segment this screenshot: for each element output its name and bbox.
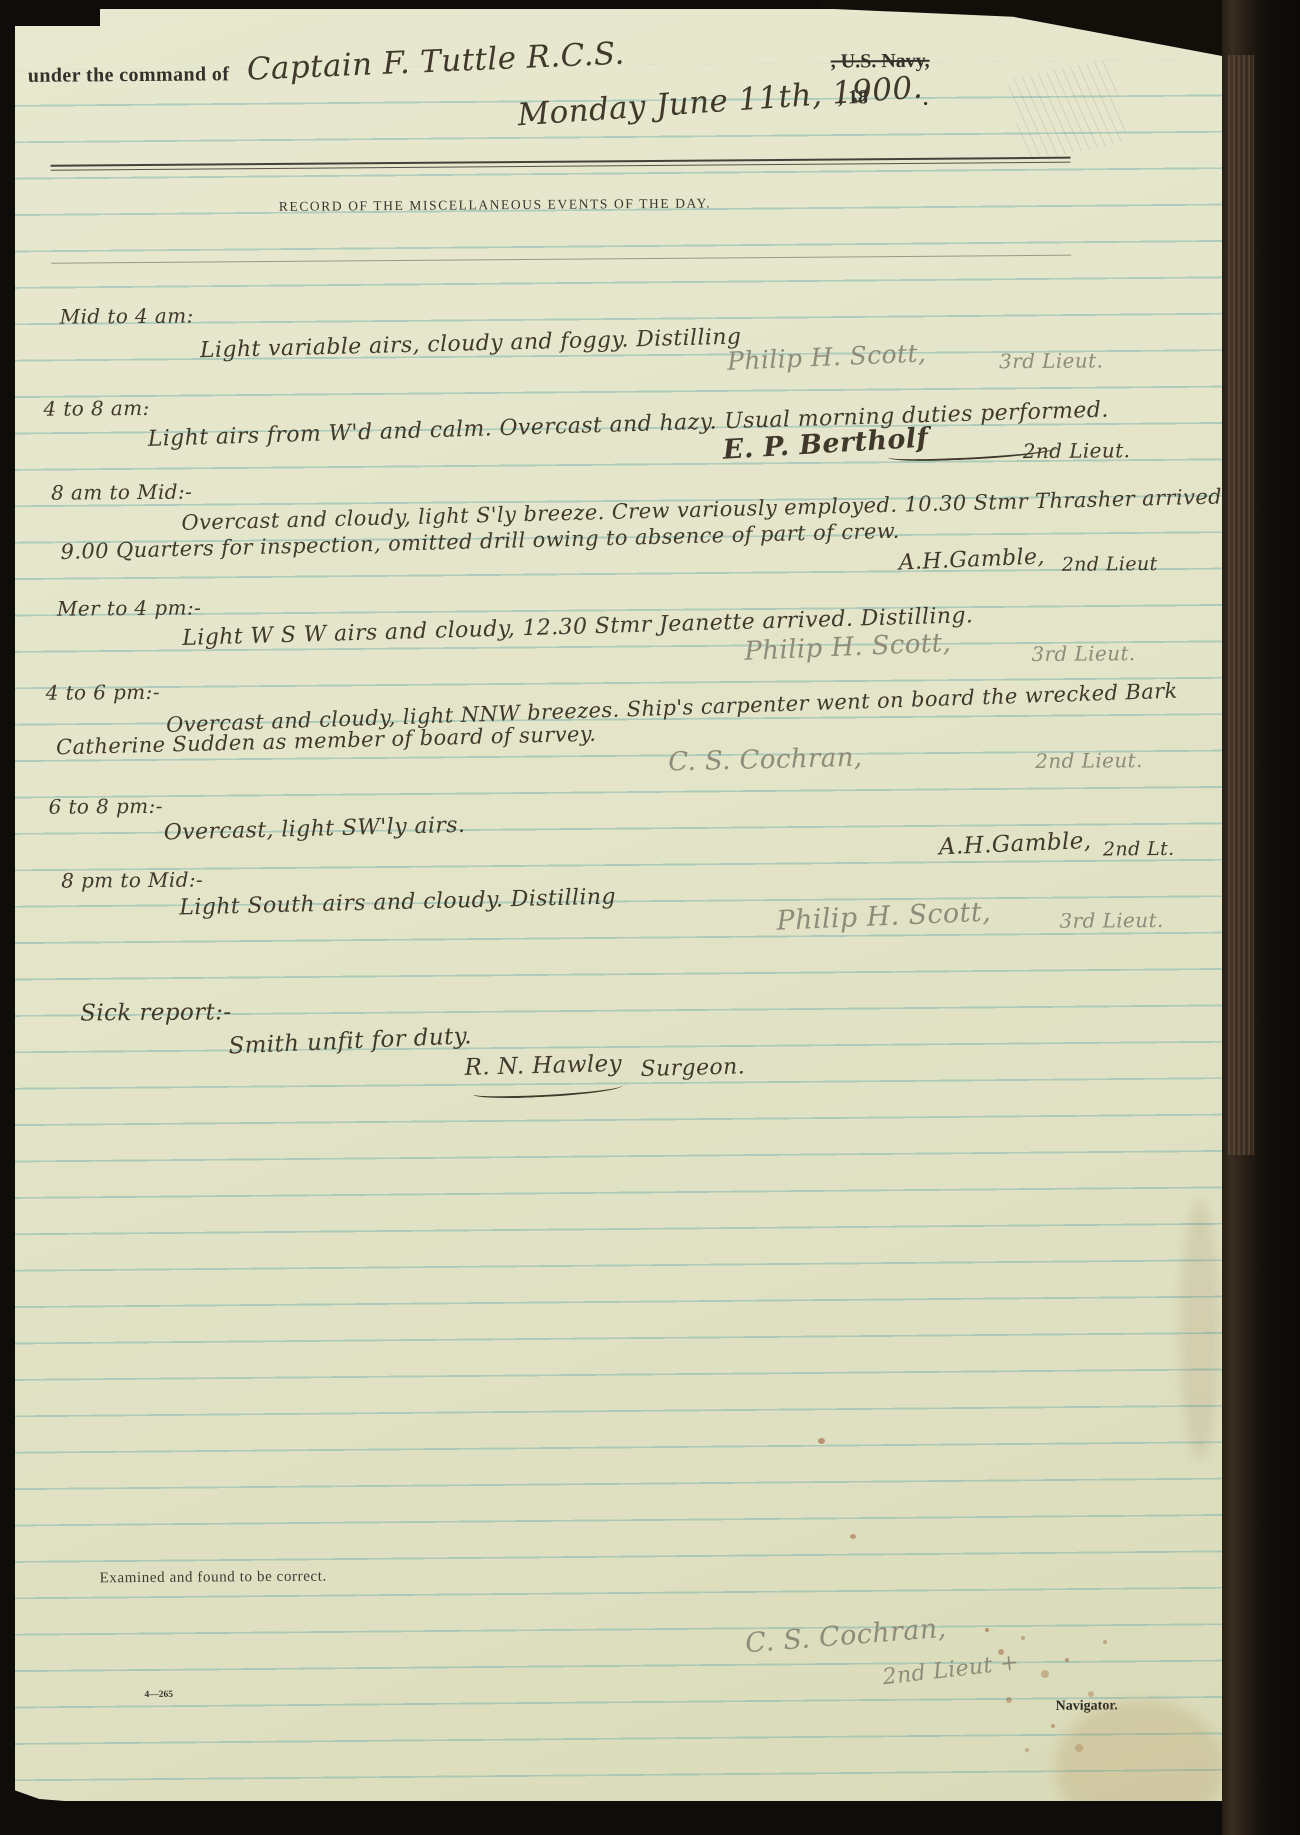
navigator-signature: C. S. Cochran, xyxy=(744,1613,947,1660)
watch-rank: 2nd Lieut xyxy=(1062,553,1158,576)
printed-period: . xyxy=(923,88,928,111)
watch-signature: A.H.Gamble, xyxy=(898,544,1045,575)
watch-label: 4 to 8 am: xyxy=(43,396,149,421)
command-prefix-label: under the command of xyxy=(28,63,230,88)
watch-rank: 3rd Lieut. xyxy=(1031,641,1135,666)
logbook-page: under the command of Captain F. Tuttle R… xyxy=(0,0,1300,1835)
watch-label: 8 pm to Mid:- xyxy=(61,868,203,893)
navigator-signature-rank: 2nd Lieut + xyxy=(881,1650,1020,1690)
sick-report-note: Smith unfit for duty. xyxy=(228,1023,472,1059)
watch-signature: Philip H. Scott, xyxy=(727,338,927,375)
examined-label: Examined and found to be correct. xyxy=(100,1569,327,1588)
watch-rank: 2nd Lt. xyxy=(1103,838,1175,861)
watch-label: 4 to 6 pm:- xyxy=(46,680,160,705)
form-number: 4—265 xyxy=(144,1690,173,1700)
surgeon-rank: Surgeon. xyxy=(640,1054,745,1082)
page-edges-texture xyxy=(1228,55,1254,1155)
watch-label: 8 am to Mid:- xyxy=(51,480,192,505)
watch-label: 6 to 8 pm:- xyxy=(48,794,162,819)
thin-rule xyxy=(51,255,1071,264)
entry-line: Light variable airs, cloudy and foggy. D… xyxy=(200,325,742,364)
watch-label: Mer to 4 pm:- xyxy=(57,596,201,621)
watch-rank: 2nd Lieut. xyxy=(1035,748,1143,773)
stain-specks xyxy=(985,1628,989,1632)
watch-signature: A.H.Gamble, xyxy=(938,828,1092,860)
photo-edge-left xyxy=(0,0,15,1835)
surgeon-signature: R. N. Hawley xyxy=(464,1051,622,1081)
page-content: under the command of Captain F. Tuttle R… xyxy=(0,0,1300,1835)
commander-signature: Captain F. Tuttle R.C.S. xyxy=(246,36,625,88)
printed-year: , 18 xyxy=(838,86,868,109)
watch-rank: 2nd Lieut. xyxy=(1023,438,1131,463)
double-rule xyxy=(51,157,1071,167)
edge-shadow-stain xyxy=(1180,1200,1220,1460)
entry-line: Light airs from W'd and calm. Overcast a… xyxy=(147,397,1109,451)
entry-line: Light South airs and cloudy. Distilling xyxy=(179,884,616,920)
sick-report-label: Sick report:- xyxy=(80,999,232,1026)
section-title: RECORD OF THE MISCELLANEOUS EVENTS OF TH… xyxy=(279,196,712,215)
entry-line: Overcast, light SW'ly airs. xyxy=(163,813,465,846)
corner-shadow-topleft xyxy=(0,0,100,26)
watch-label: Mid to 4 am: xyxy=(60,304,194,329)
watch-rank: 3rd Lieut. xyxy=(999,348,1103,373)
stain-dot xyxy=(850,1534,856,1539)
watch-signature: C. S. Cochran, xyxy=(668,743,863,778)
watch-rank: 3rd Lieut. xyxy=(1059,908,1163,933)
book-fore-edge xyxy=(1222,0,1300,1835)
stain-dot xyxy=(818,1438,825,1444)
signature-flourish xyxy=(473,1080,623,1100)
watch-signature: Philip H. Scott, xyxy=(776,897,992,937)
